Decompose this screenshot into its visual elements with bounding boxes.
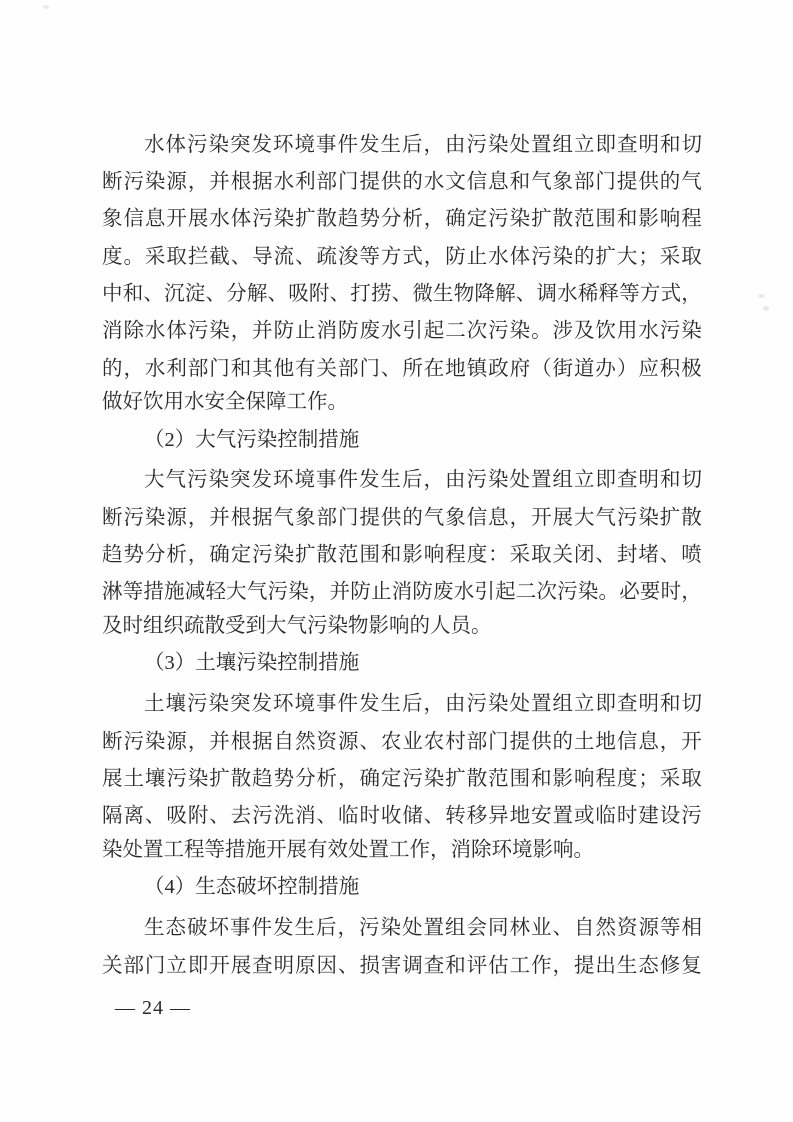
text-line: 断污染源，并根据气象部门提供的气象信息，开展大气污染扩散: [102, 496, 702, 533]
text-line: 水体污染突发环境事件发生后，由污染处置组立即查明和切: [102, 123, 702, 160]
section-heading: （4）生态破坏控制措施: [102, 869, 702, 906]
text-line: 淋等措施减轻大气污染，并防止消防废水引起二次污染。必要时，: [102, 571, 702, 608]
text-line: 断污染源，并根据自然资源、农业农村部门提供的土地信息，开: [102, 720, 702, 757]
text-line: 消除水体污染，并防止消防废水引起二次污染。涉及饮用水污染: [102, 310, 702, 347]
text-line: 土壤污染突发环境事件发生后，由污染处置组立即查明和切: [102, 683, 702, 720]
text-line: 做好饮用水安全保障工作。: [102, 384, 702, 421]
text-line: 象信息开展水体污染扩散趋势分析，确定污染扩散范围和影响程: [102, 198, 702, 235]
text-line: 中和、沉淀、分解、吸附、打捞、微生物降解、调水稀释等方式，: [102, 272, 702, 309]
page-number: — 24 —: [115, 994, 191, 1022]
section-heading: （2）大气污染控制措施: [102, 422, 702, 459]
text-line: 展土壤污染扩散趋势分析，确定污染扩散范围和影响程度；采取: [102, 757, 702, 794]
text-line: 度。采取拦截、导流、疏浚等方式，防止水体污染的扩大；采取: [102, 235, 702, 272]
text-line: 断污染源，并根据水利部门提供的水文信息和气象部门提供的气: [102, 160, 702, 197]
text-line: 隔离、吸附、去污洗消、临时收储、转移异地安置或临时建设污: [102, 795, 702, 832]
document-page: 水体污染突发环境事件发生后，由污染处置组立即查明和切断污染源，并根据水利部门提供…: [0, 0, 793, 1122]
text-line: 及时组织疏散受到大气污染物影响的人员。: [102, 608, 702, 645]
page-body-text: 水体污染突发环境事件发生后，由污染处置组立即查明和切断污染源，并根据水利部门提供…: [102, 123, 702, 981]
text-line: 趋势分析，确定污染扩散范围和影响程度：采取关闭、封堵、喷: [102, 533, 702, 570]
scan-artifact: [43, 5, 49, 9]
scan-artifact: [758, 294, 765, 298]
text-line: 关部门立即开展查明原因、损害调查和评估工作，提出生态修复: [102, 944, 702, 981]
scan-artifact: [763, 306, 769, 311]
text-line: 染处置工程等措施开展有效处置工作，消除环境影响。: [102, 832, 702, 869]
text-line: 大气污染突发环境事件发生后，由污染处置组立即查明和切: [102, 459, 702, 496]
section-heading: （3）土壤污染控制措施: [102, 645, 702, 682]
text-line: 生态破坏事件发生后，污染处置组会同林业、自然资源等相: [102, 907, 702, 944]
text-line: 的，水利部门和其他有关部门、所在地镇政府（街道办）应积极: [102, 347, 702, 384]
